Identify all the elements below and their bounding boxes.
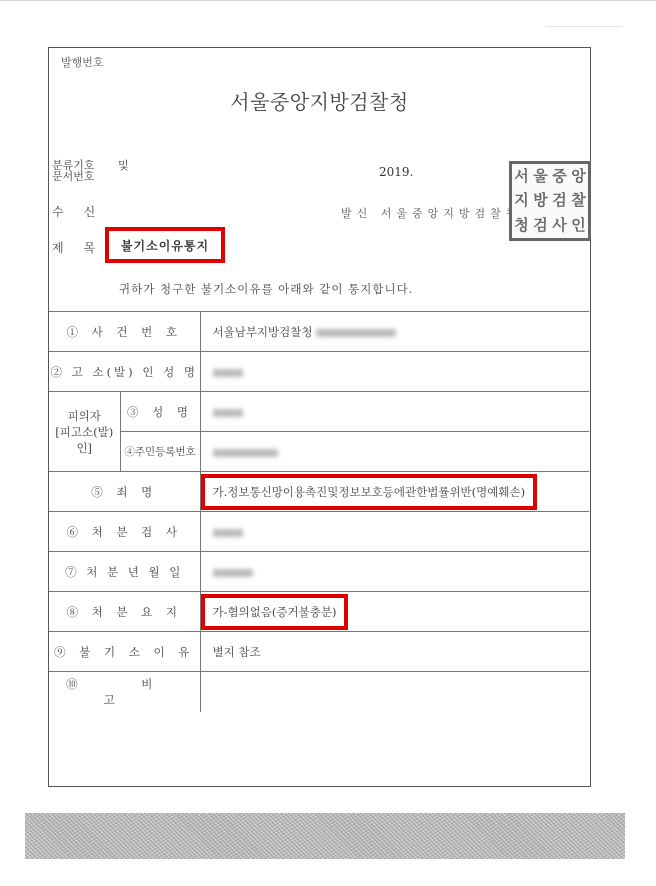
seal-glyph: 찰 <box>569 189 588 214</box>
scan-mark <box>546 26 622 27</box>
redacted-case-number <box>316 329 396 337</box>
classification-label: 분류기호 문서번호 및 <box>52 160 95 182</box>
seal-glyph: 앙 <box>569 164 588 189</box>
seal-glyph: 지 <box>512 189 531 214</box>
disposition-highlight-box: 가-혐의없음(증거불충분) <box>201 594 349 630</box>
redacted-suspect-name <box>213 409 243 417</box>
table-row: ⑩ 비 고 <box>49 672 589 712</box>
table-row: ⑨ 불 기 소 이 유 별지 참조 <box>49 632 589 672</box>
seal-glyph: 서 <box>512 164 531 189</box>
redacted-prosecutor-name <box>213 529 243 537</box>
table-row: ⑤ 죄 명 가.정보통신망이용촉진및정보보호등에관한법률위반(명예훼손) <box>49 472 589 512</box>
agency-title: 서울중앙지방검찰청 <box>49 86 590 115</box>
redacted-footer-strip <box>25 813 625 859</box>
table-row: ① 사 건 번 호 서울남부지방검찰청 <box>49 312 589 352</box>
issue-number-label: 발행번호 <box>61 54 104 70</box>
redacted-complainant-name <box>213 369 243 377</box>
table-row: ④주민등록번호 <box>49 432 589 472</box>
seal-glyph: 청 <box>512 213 531 238</box>
top-divider <box>0 0 656 1</box>
seal-glyph: 검 <box>550 189 569 214</box>
seal-glyph: 사 <box>550 213 569 238</box>
document-date: 2019. <box>379 165 413 179</box>
seal-glyph: 인 <box>569 213 588 238</box>
seal-glyph: 방 <box>531 189 550 214</box>
charge-highlight-box: 가.정보통신망이용촉진및정보보호등에관한법률위반(명예훼손) <box>201 474 538 510</box>
subject-text: 불기소이유통지 <box>121 237 209 254</box>
table-row: ⑧ 처 분 요 지 가-혐의없음(증거불충분) <box>49 592 589 632</box>
table-row: ⑦ 처 분 년 월 일 <box>49 552 589 592</box>
table-row: ② 고 소(발) 인 성 명 <box>49 352 589 392</box>
notice-document: 발행번호 서울중앙지방검찰청 분류기호 문서번호 및 2019. 수신 발신 서… <box>48 47 591 787</box>
notice-table: ① 사 건 번 호 서울남부지방검찰청 ② 고 소(발) 인 성 명 피의자 [… <box>49 311 589 712</box>
recipient-label: 수신 <box>52 203 115 220</box>
table-row: 피의자 [피고소(발)인] ③ 성 명 <box>49 392 589 432</box>
seal-glyph: 중 <box>550 164 569 189</box>
redacted-resident-number <box>213 449 278 457</box>
subject-highlight-box: 불기소이유통지 <box>105 227 225 263</box>
intro-sentence: 귀하가 청구한 불기소이유를 아래와 같이 통지합니다. <box>119 281 413 297</box>
redacted-disposition-date <box>213 569 253 577</box>
table-row: ⑥ 처 분 검 사 <box>49 512 589 552</box>
seal-glyph: 울 <box>531 164 550 189</box>
suspect-group-label: 피의자 [피고소(발)인] <box>49 392 120 472</box>
seal-glyph: 검 <box>531 213 550 238</box>
official-seal-icon: 서울중앙지방검찰청검사인 <box>509 161 591 241</box>
